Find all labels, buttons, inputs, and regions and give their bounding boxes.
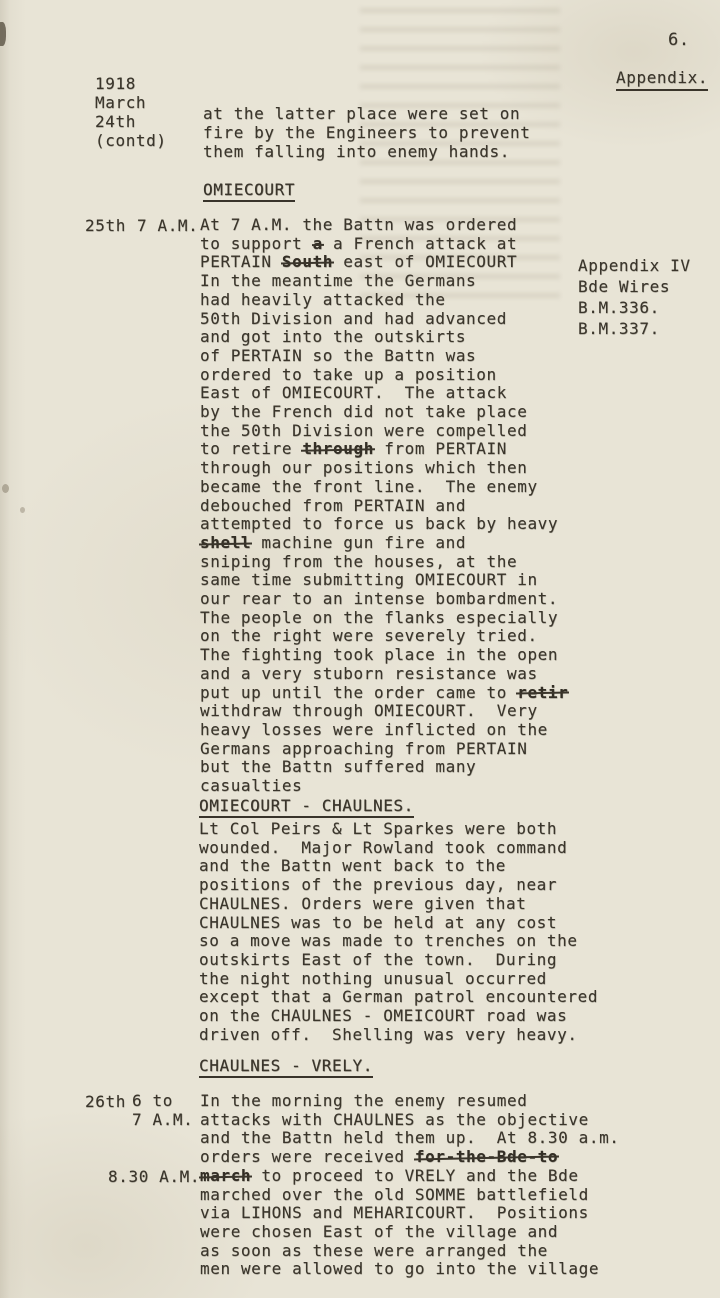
page-number: 6. xyxy=(668,30,690,50)
entry-25th-body: At 7 A.M. the Battn was orderedto suppor… xyxy=(200,216,568,796)
margin-time-830am: 8.30 A.M. xyxy=(108,1167,200,1186)
entry-24th-contd-body: at the latter place were set onfire by t… xyxy=(203,104,530,161)
war-diary-page: 6. Appendix. 1918March24th(contd) 25th 7… xyxy=(0,0,720,1298)
entry-26th-body: In the morning the enemy resumedattacks … xyxy=(200,1092,620,1279)
appendix-heading: Appendix. xyxy=(616,68,708,91)
edge-smudge xyxy=(0,22,6,46)
side-note-appendix-references: Appendix IVBde WiresB.M.336.B.M.337. xyxy=(578,255,691,339)
margin-day-26th: 26th xyxy=(85,1092,126,1111)
margin-time-6-to-7am: 6 to7 A.M. xyxy=(132,1092,193,1129)
margin-day-25th: 25th xyxy=(85,216,126,235)
margin-time-7am: 7 A.M. xyxy=(137,216,198,235)
margin-date-block: 1918March24th(contd) xyxy=(95,74,167,150)
section-heading-omiecourt-chaulnes: OMIECOURT - CHAULNES. xyxy=(199,796,414,818)
omiecourt-chaulnes-body: Lt Col Peirs & Lt Sparkes were bothwound… xyxy=(199,820,598,1044)
paper-mark xyxy=(2,484,9,493)
paper-mark xyxy=(20,507,25,513)
section-heading-chaulnes-vrely: CHAULNES - VRELY. xyxy=(199,1056,373,1078)
section-heading-omiecourt: OMIECOURT xyxy=(203,180,295,202)
